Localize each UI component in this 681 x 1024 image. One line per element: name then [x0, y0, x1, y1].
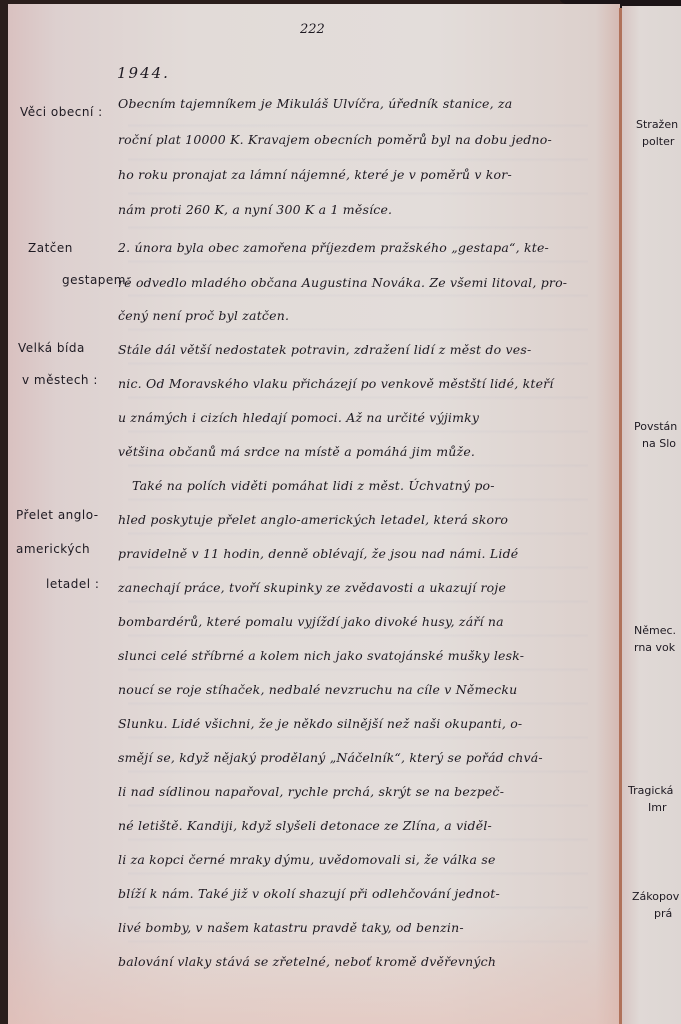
right-note-line: prá [632, 907, 679, 920]
body-text-line: hled poskytuje přelet anglo-amerických l… [118, 512, 508, 527]
body-text-line: ré odvedlo mladého občana Augustina Nová… [118, 275, 567, 290]
body-text-line: Také na polích viděti pomáhat lidi z měs… [132, 478, 495, 493]
body-text-line: bombardérů, které pomalu vyjíždí jako di… [118, 614, 504, 629]
right-note-line: na Slo [634, 437, 677, 450]
right-note-line: Stražen [636, 118, 678, 131]
margin-note-velka-bida: Velká bída [18, 341, 85, 355]
right-note-strazen: Stražen polter [636, 118, 678, 148]
margin-note-letadel: letadel : [46, 577, 99, 591]
margin-note-veci-obecni: Věci obecní : [20, 105, 103, 119]
right-note-nemec: Němec. rna vok [634, 624, 676, 654]
body-text-line: noucí se roje stíhaček, nedbalé nevzruch… [118, 682, 517, 697]
body-text-line: roční plat 10000 K. Kravajem obecních po… [118, 132, 552, 147]
margin-note-v-mestech: v městech : [22, 373, 98, 387]
right-note-line: Povstán [634, 420, 677, 433]
body-text-line: zanechají práce, tvoří skupinky ze zvěda… [118, 580, 506, 595]
body-text-line: Stále dál větší nedostatek potravin, zdr… [118, 342, 531, 357]
right-note-povstani: Povstán na Slo [634, 420, 677, 450]
body-text-line: nám proti 260 K, a nyní 300 K a 1 měsíce… [118, 202, 392, 217]
body-text-line: balování vlaky stává se zřetelné, neboť … [118, 954, 496, 969]
body-text-line: Slunku. Lidé všichni, že je někdo silněj… [118, 716, 522, 731]
body-text-line: livé bomby, v našem katastru pravdě taky… [118, 920, 464, 935]
year-heading: 1944. [117, 64, 170, 82]
right-page: Stražen polter Povstán na Slo Němec. rna… [622, 6, 681, 1024]
body-text-line: ho roku pronajat za lámní nájemné, které… [118, 167, 512, 182]
body-text-line: li za kopci černé mraky dýmu, uvědomoval… [118, 852, 496, 867]
margin-note-prelet: Přelet anglo- [16, 508, 99, 522]
right-note-zakopov: Zákopov prá [632, 890, 679, 920]
body-text-line: né letiště. Kandiji, když slyšeli detona… [118, 818, 492, 833]
body-text-line: blíží k nám. Také již v okolí shazují př… [118, 886, 500, 901]
right-note-line: Zákopov [632, 890, 679, 903]
body-text-line: pravidelně v 11 hodin, denně oblévají, ž… [118, 546, 518, 561]
body-text-line: smějí se, když nějaký prodělaný „Náčelní… [118, 750, 543, 765]
body-text-line: li nad sídlinou napařoval, rychle prchá,… [118, 784, 504, 799]
body-text-line: Obecním tajemníkem je Mikuláš Ulvíčra, ú… [118, 96, 512, 111]
body-text-line: většina občanů má srdce na místě a pomáh… [118, 444, 475, 459]
right-note-line: Tragická [628, 784, 673, 797]
body-text-line: u známých i cizích hledají pomoci. Až na… [118, 410, 479, 425]
margin-note-americkych: amerických [16, 542, 90, 556]
right-note-line: Imr [628, 801, 673, 814]
body-text-line: slunci celé stříbrné a kolem nich jako s… [118, 648, 524, 663]
right-note-tragicka: Tragická Imr [628, 784, 673, 814]
body-text-line: nic. Od Moravského vlaku přicházejí po v… [118, 376, 554, 391]
body-text-line: 2. února byla obec zamořena příjezdem pr… [118, 240, 549, 255]
right-note-line: rna vok [634, 641, 676, 654]
body-text-line: čený není proč byl zatčen. [118, 308, 289, 323]
right-note-line: Němec. [634, 624, 676, 637]
right-note-line: polter [636, 135, 678, 148]
margin-note-zatcen: Zatčen [28, 241, 73, 255]
page-number: 222 [300, 22, 325, 37]
